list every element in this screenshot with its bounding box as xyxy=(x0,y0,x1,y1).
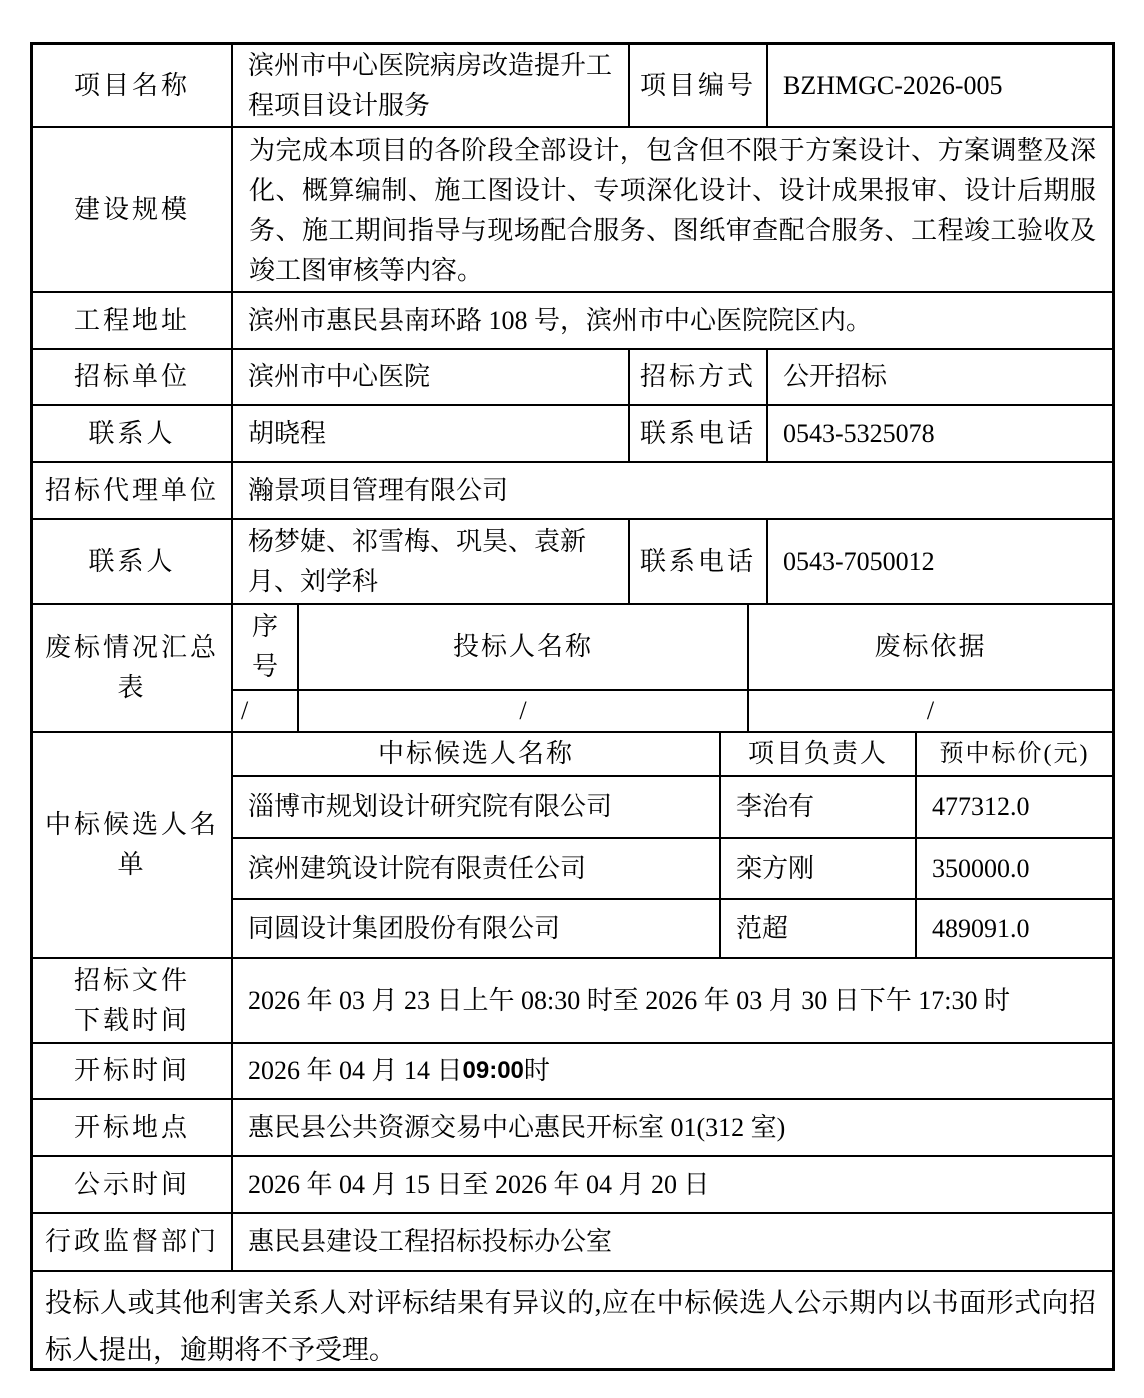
open-place-value: 惠民县公共资源交易中心惠民开标室 01(312 室) xyxy=(233,1100,1112,1155)
contact2-label: 联系人 xyxy=(33,520,233,603)
candidate-manager: 范超 xyxy=(721,900,917,957)
candidate-price: 350000.0 xyxy=(917,839,1112,898)
contact1-value: 胡晓程 xyxy=(233,406,630,461)
candidate-price-header: 预中标价(元) xyxy=(917,733,1112,775)
candidate-manager: 李治有 xyxy=(721,777,917,837)
candidate-row: 同圆设计集团股份有限公司 范超 489091.0 xyxy=(233,900,1112,957)
tender-unit-label: 招标单位 xyxy=(33,350,233,404)
open-time-suffix: 时 xyxy=(524,1051,550,1091)
supervisor-value: 惠民县建设工程招标投标办公室 xyxy=(233,1214,1112,1270)
row-objection-notice: 投标人或其他利害关系人对评标结果有异议的,应在中标候选人公示期内以书面形式向招标… xyxy=(33,1272,1112,1368)
agency-value: 瀚景项目管理有限公司 xyxy=(233,463,1112,518)
download-time-value: 2026 年 03 月 23 日上午 08:30 时至 2026 年 03 月 … xyxy=(233,959,1112,1042)
candidate-row: 淄博市规划设计研究院有限公司 李治有 477312.0 xyxy=(233,777,1112,839)
contact2-phone-label: 联系电话 xyxy=(630,520,768,603)
tender-unit-value: 滨州市中心医院 xyxy=(233,350,630,404)
candidate-price: 489091.0 xyxy=(917,900,1112,957)
project-code-value: BZHMGC-2026-005 xyxy=(768,45,1112,126)
project-name-label: 项目名称 xyxy=(33,45,233,126)
publicity-time-value: 2026 年 04 月 15 日至 2026 年 04 月 20 日 xyxy=(233,1157,1112,1212)
contact1-phone-value: 0543-5325078 xyxy=(768,406,1112,461)
candidates-subtable: 中标候选人名称 项目负责人 预中标价(元) 淄博市规划设计研究院有限公司 李治有… xyxy=(233,733,1112,957)
agency-label: 招标代理单位 xyxy=(33,463,233,518)
rejected-bidder-header: 投标人名称 xyxy=(299,605,749,689)
candidates-header-row: 中标候选人名称 项目负责人 预中标价(元) xyxy=(233,733,1112,777)
candidate-name: 滨州建筑设计院有限责任公司 xyxy=(233,839,721,898)
rejected-bidder-value: / xyxy=(299,691,749,731)
rejected-basis-header: 废标依据 xyxy=(749,605,1112,689)
section-rejected-bids: 废标情况汇总 表 序 号 投标人名称 废标依据 / / / xyxy=(33,605,1112,733)
contact1-label: 联系人 xyxy=(33,406,233,461)
row-construction-scale: 建设规模 为完成本项目的各阶段全部设计，包含但不限于方案设计、方案调整及深化、概… xyxy=(33,128,1112,293)
section-candidates: 中标候选人名 单 中标候选人名称 项目负责人 预中标价(元) 淄博市规划设计研究… xyxy=(33,733,1112,959)
row-supervisor: 行政监督部门 惠民县建设工程招标投标办公室 xyxy=(33,1214,1112,1272)
publicity-time-label: 公示时间 xyxy=(33,1157,233,1212)
bid-result-announcement-table: 项目名称 滨州市中心医院病房改造提升工程项目设计服务 项目编号 BZHMGC-2… xyxy=(30,42,1115,1371)
open-time-date: 2026 年 04 月 14 日 xyxy=(248,1051,463,1091)
rejected-bids-label: 废标情况汇总 表 xyxy=(33,605,233,731)
candidates-label: 中标候选人名 单 xyxy=(33,733,233,957)
construction-scale-value: 为完成本项目的各阶段全部设计，包含但不限于方案设计、方案调整及深化、概算编制、施… xyxy=(233,128,1112,291)
objection-notice: 投标人或其他利害关系人对评标结果有异议的,应在中标候选人公示期内以书面形式向招标… xyxy=(33,1272,1112,1368)
rejected-bids-data-row: / / / xyxy=(233,691,1112,731)
row-contact-1: 联系人 胡晓程 联系电话 0543-5325078 xyxy=(33,406,1112,463)
candidate-price: 477312.0 xyxy=(917,777,1112,837)
candidate-name: 同圆设计集团股份有限公司 xyxy=(233,900,721,957)
supervisor-label: 行政监督部门 xyxy=(33,1214,233,1270)
row-project-name: 项目名称 滨州市中心医院病房改造提升工程项目设计服务 项目编号 BZHMGC-2… xyxy=(33,45,1112,128)
row-project-address: 工程地址 滨州市惠民县南环路 108 号，滨州市中心医院院区内。 xyxy=(33,293,1112,350)
rejected-no-value: / xyxy=(233,691,299,731)
candidate-name-header: 中标候选人名称 xyxy=(233,733,721,775)
construction-scale-label: 建设规模 xyxy=(33,128,233,291)
project-name-value: 滨州市中心医院病房改造提升工程项目设计服务 xyxy=(233,45,630,126)
download-time-label: 招标文件 下载时间 xyxy=(33,959,233,1042)
tender-method-label: 招标方式 xyxy=(630,350,768,404)
rejected-no-header: 序 号 xyxy=(233,605,299,689)
row-tender-unit: 招标单位 滨州市中心医院 招标方式 公开招标 xyxy=(33,350,1112,406)
row-open-time: 开标时间 2026 年 04 月 14 日 09:00 时 xyxy=(33,1044,1112,1100)
row-download-time: 招标文件 下载时间 2026 年 03 月 23 日上午 08:30 时至 20… xyxy=(33,959,1112,1044)
candidate-row: 滨州建筑设计院有限责任公司 栾方刚 350000.0 xyxy=(233,839,1112,900)
open-time-clock: 09:00 xyxy=(463,1051,524,1091)
row-open-place: 开标地点 惠民县公共资源交易中心惠民开标室 01(312 室) xyxy=(33,1100,1112,1157)
contact2-value: 杨梦婕、祁雪梅、巩昊、袁新月、刘学科 xyxy=(233,520,630,603)
open-time-label: 开标时间 xyxy=(33,1044,233,1098)
project-code-label: 项目编号 xyxy=(630,45,768,126)
row-agency: 招标代理单位 瀚景项目管理有限公司 xyxy=(33,463,1112,520)
contact1-phone-label: 联系电话 xyxy=(630,406,768,461)
project-address-label: 工程地址 xyxy=(33,293,233,348)
project-address-value: 滨州市惠民县南环路 108 号，滨州市中心医院院区内。 xyxy=(233,293,1112,348)
tender-method-value: 公开招标 xyxy=(768,350,1112,404)
row-contact-2: 联系人 杨梦婕、祁雪梅、巩昊、袁新月、刘学科 联系电话 0543-7050012 xyxy=(33,520,1112,605)
candidate-manager-header: 项目负责人 xyxy=(721,733,917,775)
contact2-phone-value: 0543-7050012 xyxy=(768,520,1112,603)
rejected-bids-header-row: 序 号 投标人名称 废标依据 xyxy=(233,605,1112,691)
candidate-manager: 栾方刚 xyxy=(721,839,917,898)
page: 项目名称 滨州市中心医院病房改造提升工程项目设计服务 项目编号 BZHMGC-2… xyxy=(0,0,1144,1398)
rejected-basis-value: / xyxy=(749,691,1112,731)
open-place-label: 开标地点 xyxy=(33,1100,233,1155)
open-time-value: 2026 年 04 月 14 日 09:00 时 xyxy=(233,1044,1112,1098)
row-publicity-time: 公示时间 2026 年 04 月 15 日至 2026 年 04 月 20 日 xyxy=(33,1157,1112,1214)
candidate-name: 淄博市规划设计研究院有限公司 xyxy=(233,777,721,837)
rejected-bids-subtable: 序 号 投标人名称 废标依据 / / / xyxy=(233,605,1112,731)
